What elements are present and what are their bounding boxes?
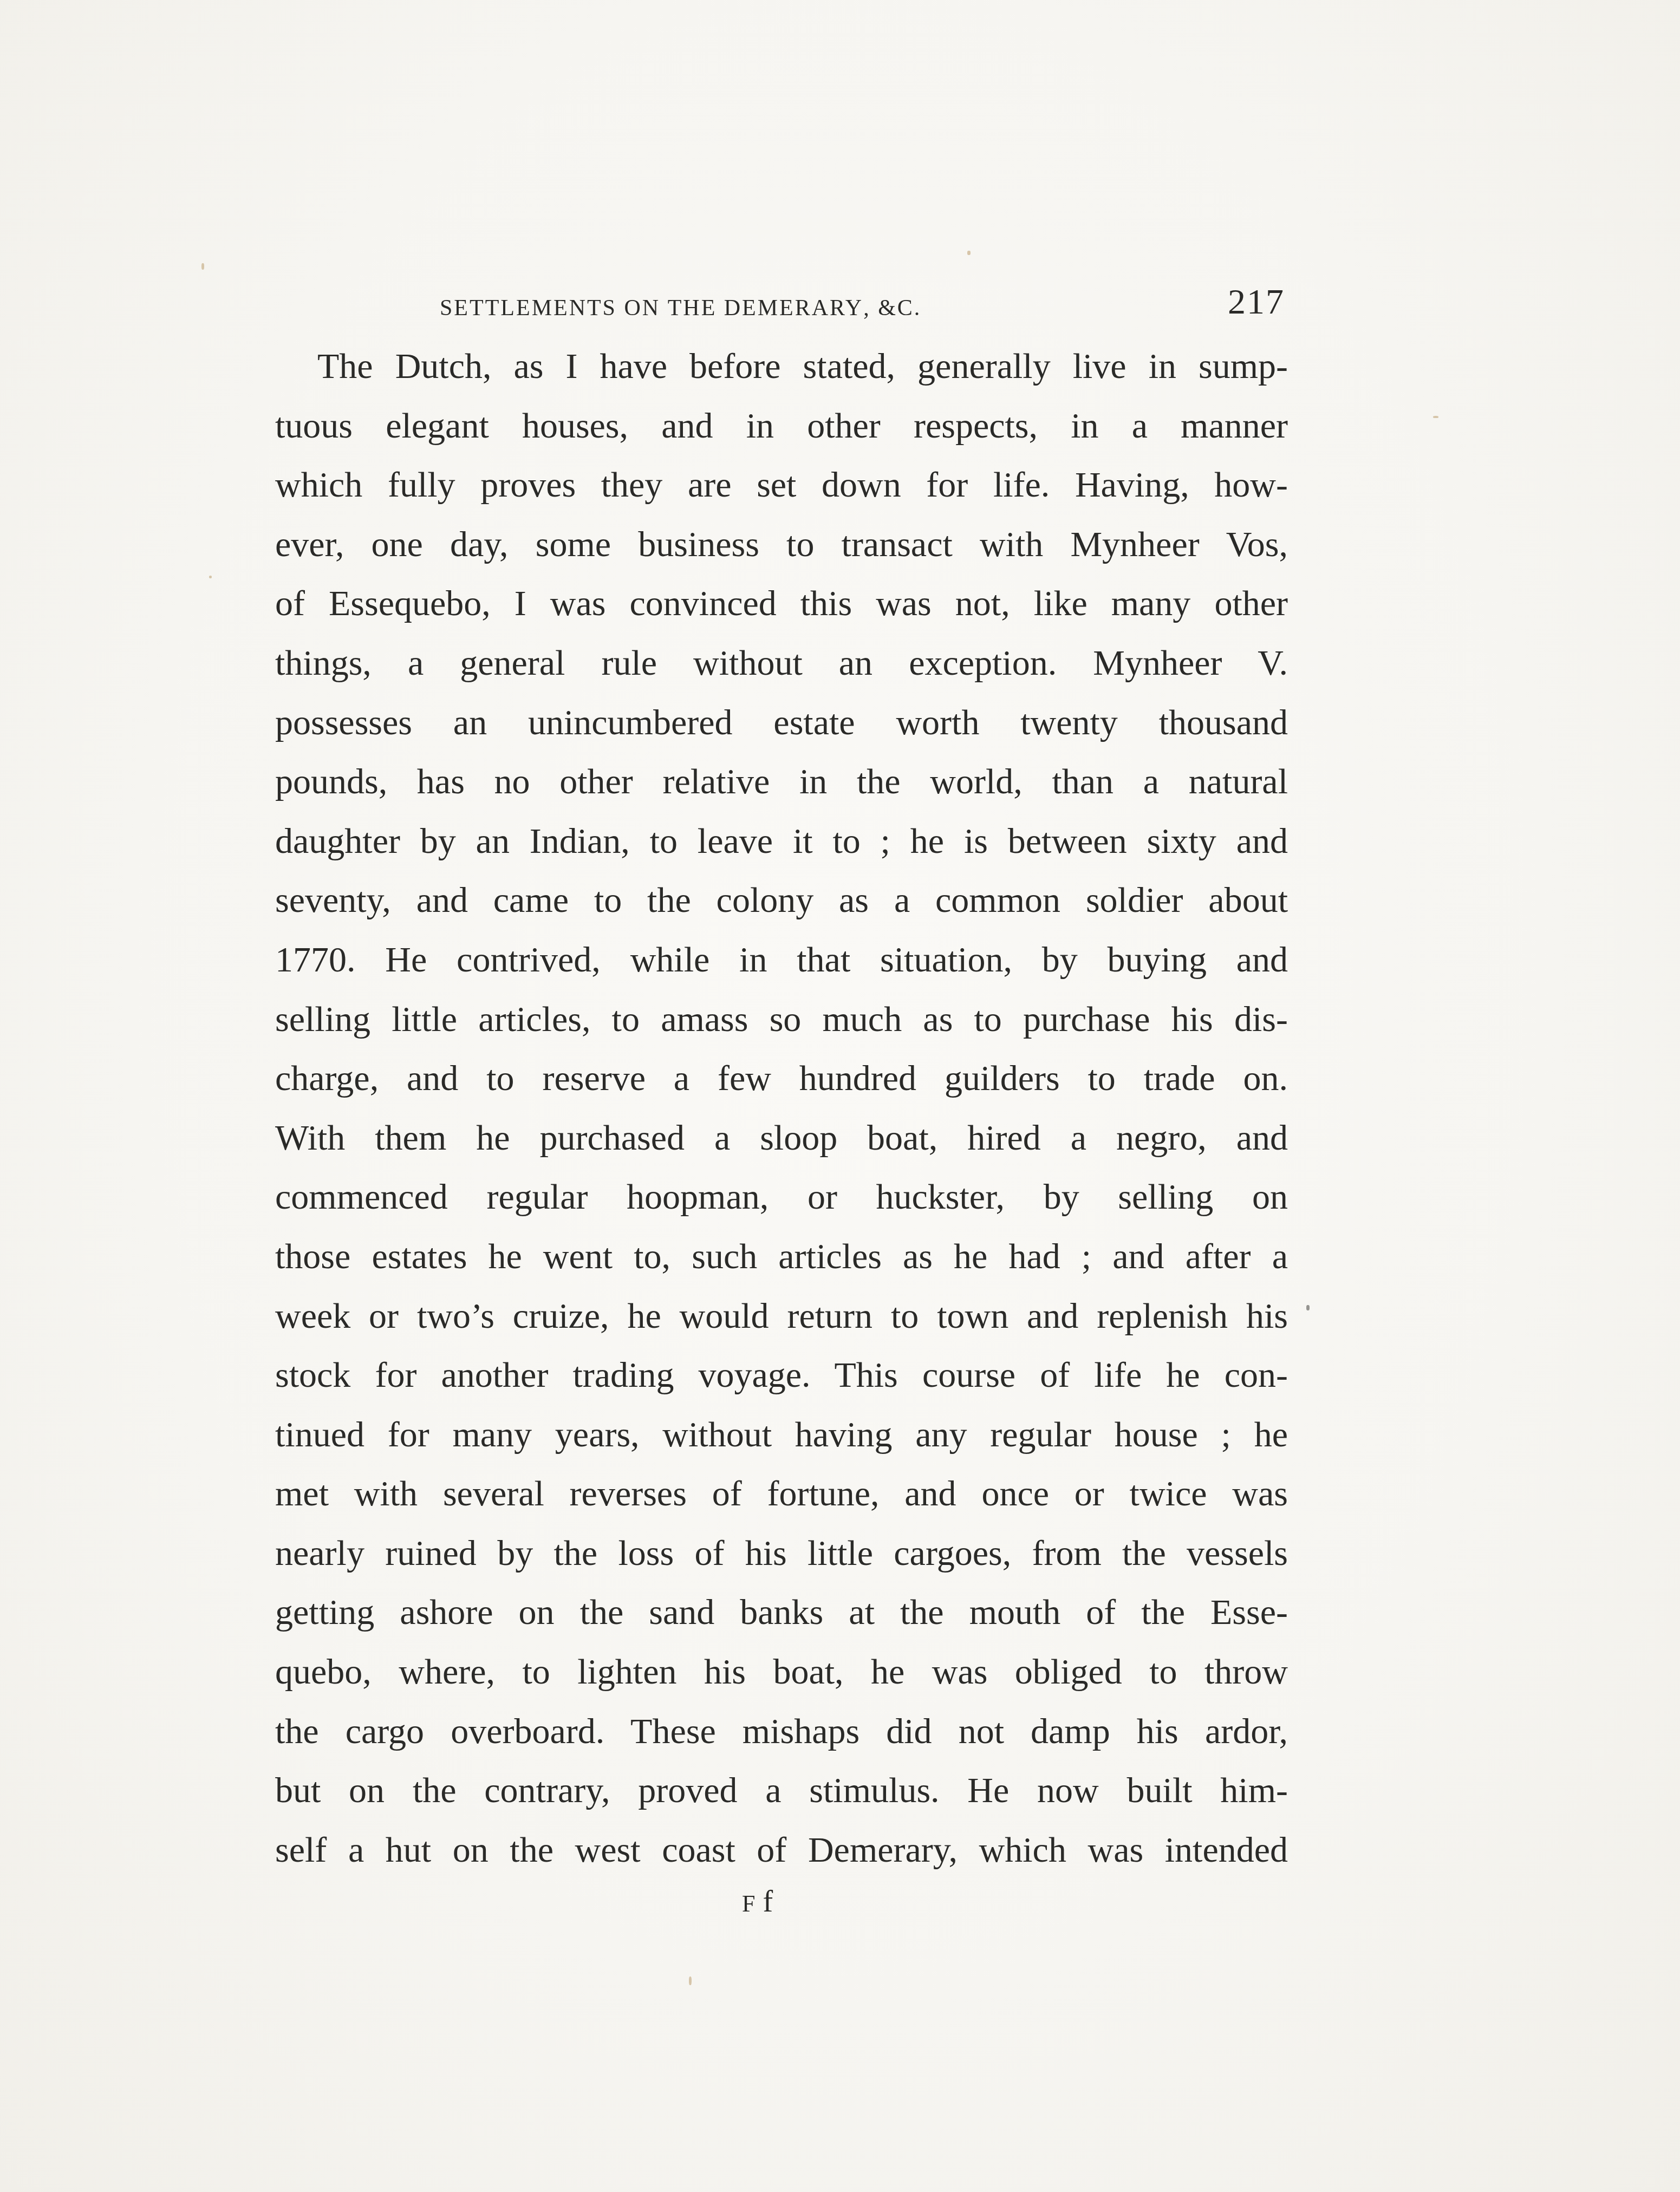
text-line: 1770. He contrived, while in that situat… [275,930,1288,990]
running-head: SETTLEMENTS ON THE DEMERARY, &C. 217 [440,282,1290,325]
text-line: self a hut on the west coast of Demerary… [275,1821,1288,1880]
body-text: The Dutch, as I have before stated, gene… [275,337,1288,1880]
text-line: but on the contrary, proved a stimulus. … [275,1761,1288,1821]
text-line: possesses an unincumbered estate worth t… [275,693,1288,753]
paper-speck [689,1976,692,1985]
text-line: getting ashore on the sand banks at the … [275,1583,1288,1642]
running-title: SETTLEMENTS ON THE DEMERARY, &C. [440,286,921,323]
text-line: those estates he went to, such articles … [275,1227,1288,1287]
text-line: week or two’s cruize, he would return to… [275,1287,1288,1346]
signature-letter-lower: f [763,1885,780,1919]
text-line: nearly ruined by the loss of his little … [275,1524,1288,1583]
text-line: ever, one day, some business to transact… [275,515,1288,575]
text-line: which fully proves they are set down for… [275,455,1288,515]
text-line: things, a general rule without an except… [275,634,1288,693]
paper-speck [201,263,204,270]
text-line: commenced regular hoopman, or huckster, … [275,1167,1288,1227]
text-line: With them he purchased a sloop boat, hir… [275,1108,1288,1168]
text-line: daughter by an Indian, to leave it to ; … [275,812,1288,871]
text-line: selling little articles, to amass so muc… [275,990,1288,1049]
page-number: 217 [1228,282,1285,323]
text-line: tuous elegant houses, and in other respe… [275,396,1288,456]
text-line: pounds, has no other relative in the wor… [275,752,1288,812]
text-line: tinued for many years, without having an… [275,1405,1288,1465]
paper-speck [1306,1305,1310,1310]
paper-speck [209,576,212,578]
text-line: stock for another trading voyage. This c… [275,1346,1288,1405]
paper-speck [1433,416,1438,418]
signature-mark: Ff [742,1884,780,1919]
signature-letter-upper: F [742,1890,763,1917]
paper-speck [967,251,971,255]
text-line: quebo, where, to lighten his boat, he wa… [275,1642,1288,1702]
text-line: seventy, and came to the colony as a com… [275,871,1288,930]
text-line: charge, and to reserve a few hundred gui… [275,1049,1288,1108]
text-line: the cargo overboard. These mishaps did n… [275,1702,1288,1762]
text-line: met with several reverses of fortune, an… [275,1464,1288,1524]
text-line: The Dutch, as I have before stated, gene… [275,337,1288,396]
text-line: of Essequebo, I was convinced this was n… [275,574,1288,634]
